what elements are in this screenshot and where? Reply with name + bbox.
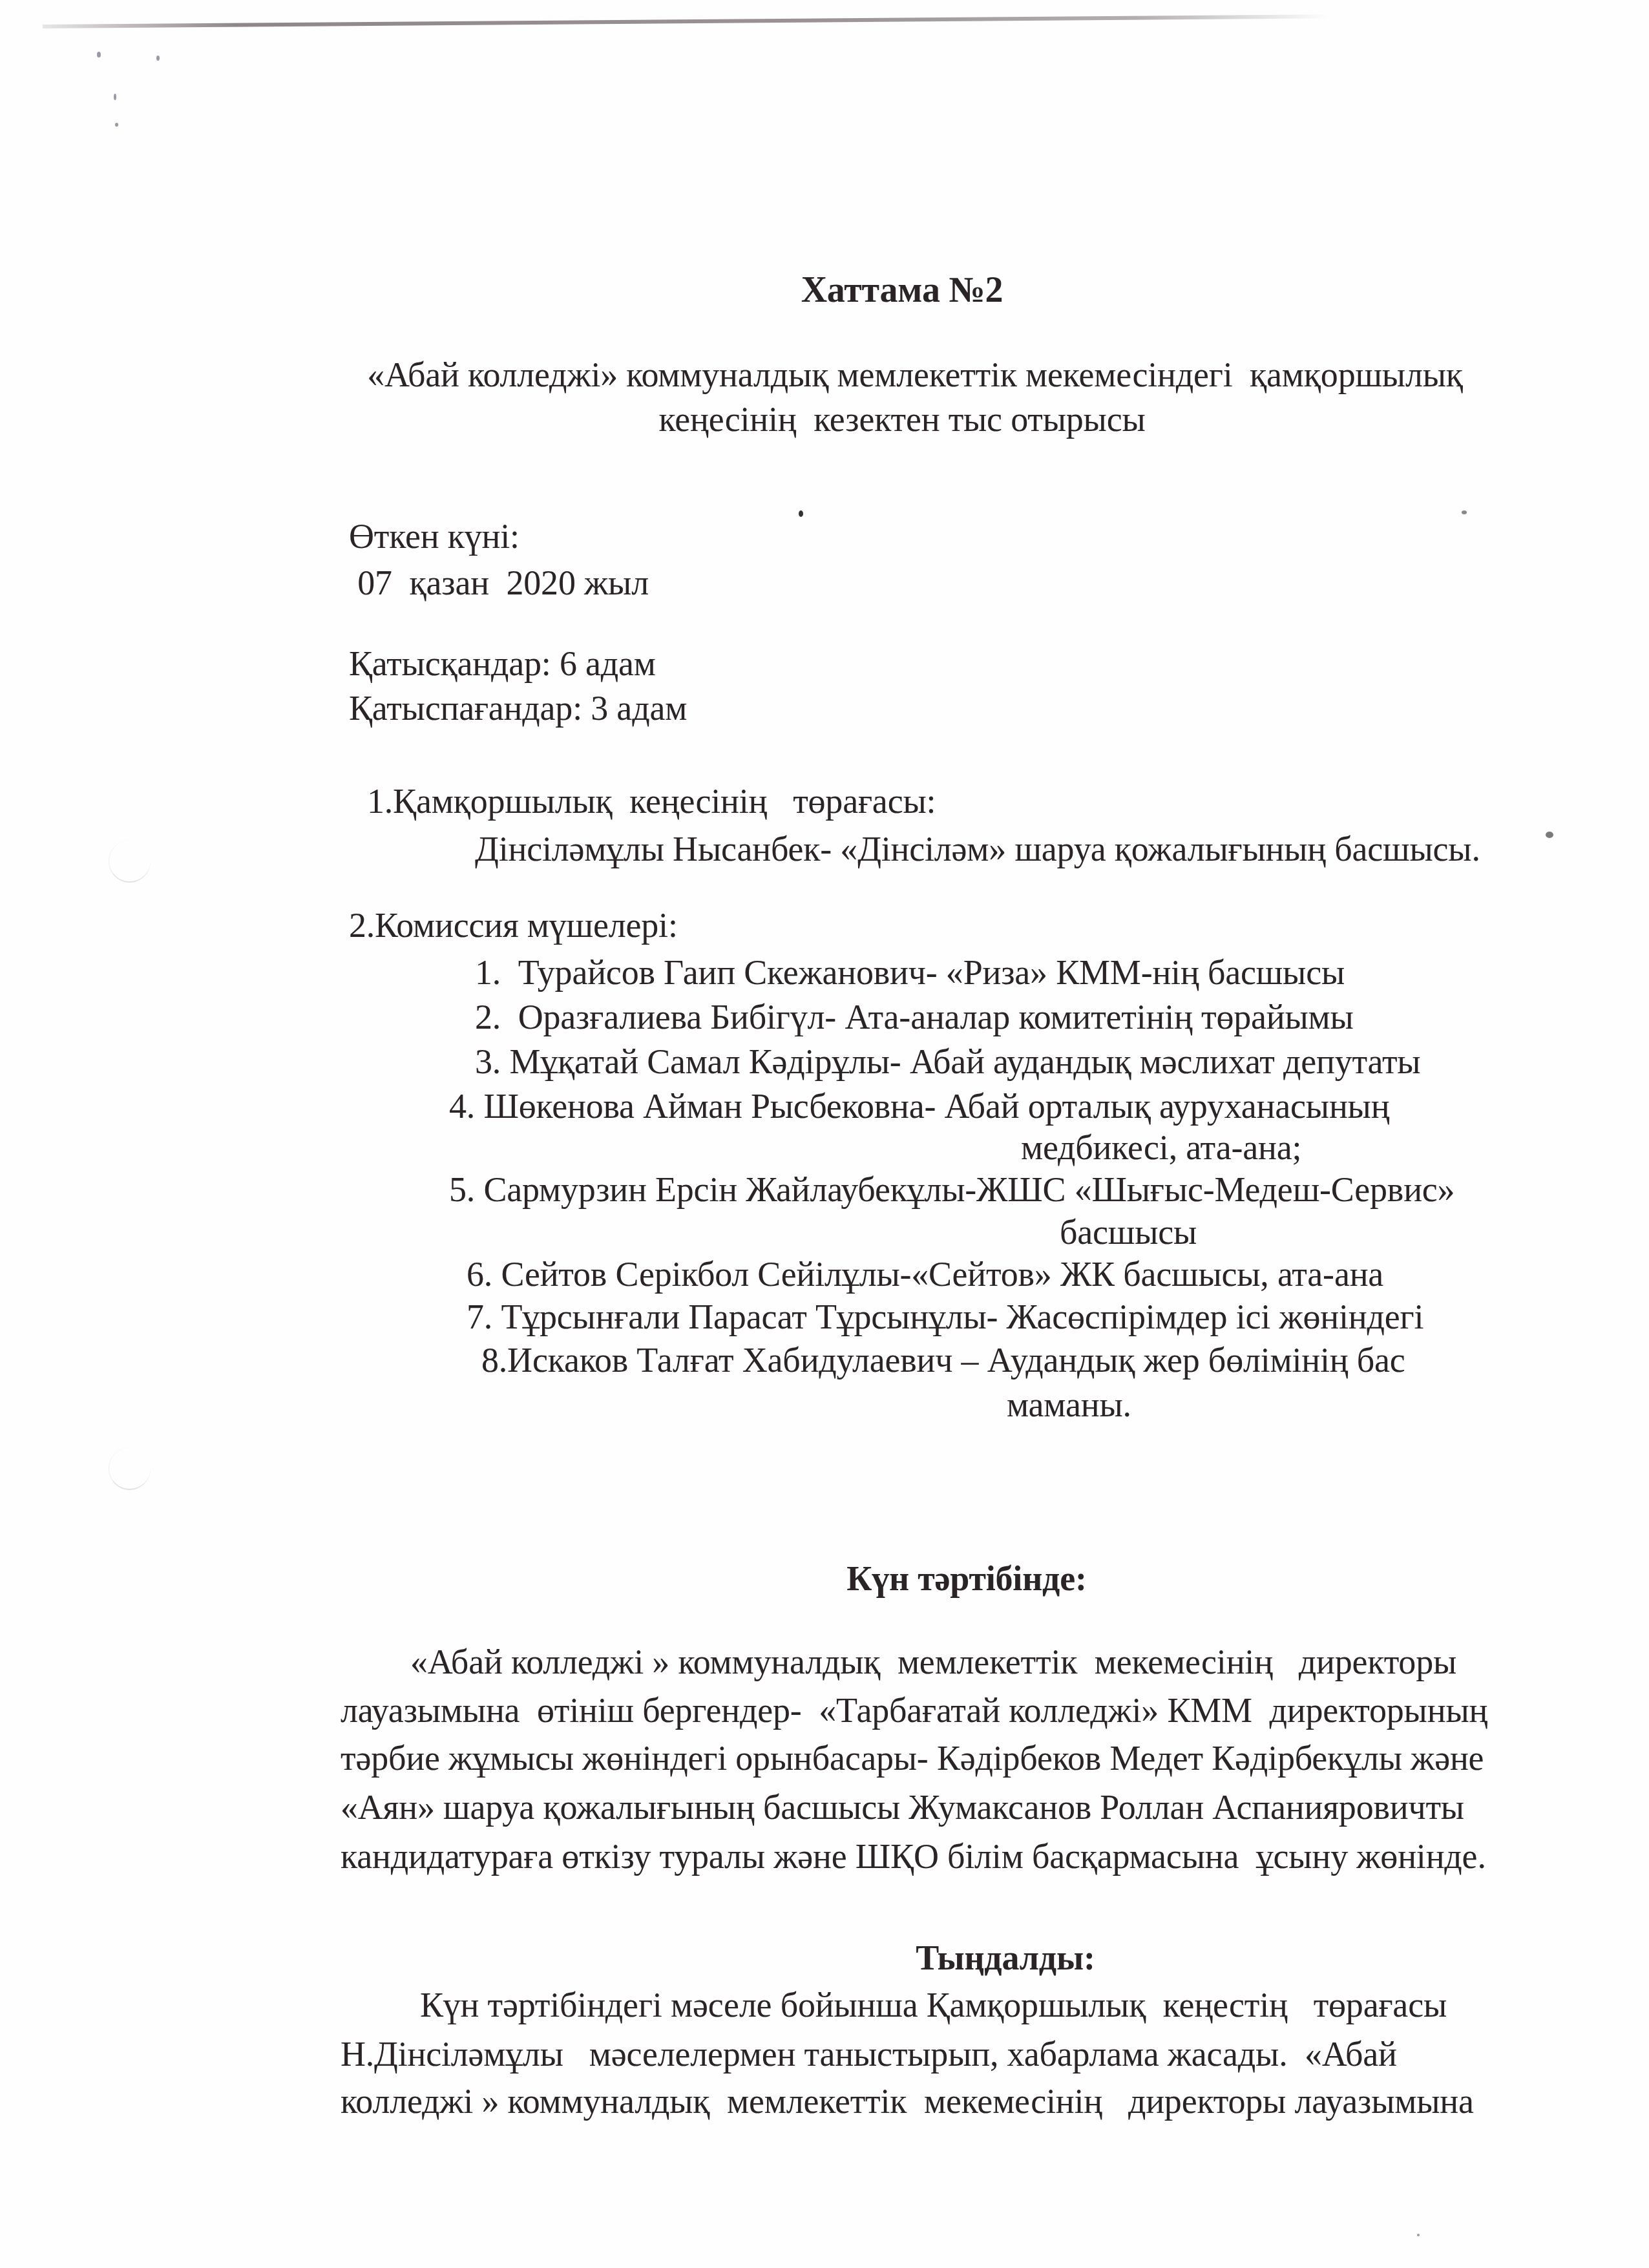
chairman-name: Дінсіләмұлы Нысанбек- «Дінсіләм» шаруа қ… [475, 832, 1480, 866]
heard-line: Н.Дінсіләмұлы мәселелермен таныстырып, х… [341, 2037, 1397, 2072]
scan-speck [1417, 2234, 1420, 2236]
agenda-line: «Абай колледжі » коммуналдық мемлекеттік… [410, 1644, 1456, 1679]
scan-speck [97, 52, 101, 58]
punch-hole-mark [109, 840, 151, 883]
commission-member: 6. Сейтов Серікбол Сейілұлы-«Сейтов» ЖК … [467, 1257, 1383, 1292]
date-label: Өткен күні: [349, 519, 520, 554]
scan-speck [115, 123, 118, 127]
commission-member: 4. Шөкенова Айман Рысбековна- Абай ортал… [449, 1089, 1389, 1124]
heard-heading: Тыңдалды: [0, 1940, 1649, 1975]
commission-member-cont: маманы. [1007, 1387, 1131, 1422]
chairman-heading: 1.Қамқоршылық кеңесінің төрағасы: [367, 784, 936, 819]
agenda-line: кандидатураға өткізу туралы және ШҚО біл… [341, 1839, 1486, 1874]
commission-member-cont: медбикесі, ата-ана; [1021, 1130, 1301, 1165]
heard-line: Күн тәртібіндегі мәселе бойынша Қамқоршы… [420, 1988, 1447, 2022]
scan-speck [1462, 510, 1467, 514]
commission-heading: 2.Комиссия мүшелері: [349, 908, 678, 943]
agenda-line: тәрбие жұмысы жөніндегі орынбасары- Кәді… [341, 1741, 1484, 1776]
scan-edge-line [43, 14, 1329, 28]
scan-speck [799, 510, 803, 517]
agenda-heading: Күн тәртібінде: [0, 1561, 1649, 1596]
commission-member: 3. Мұқатай Самал Кәдірұлы- Абай аудандық… [475, 1044, 1420, 1079]
document-title: Хаттама №2 [0, 272, 1649, 308]
commission-member-cont: басшысы [1060, 1215, 1197, 1250]
commission-member: 5. Сармурзин Ерсін Жайлаубекұлы-ЖШС «Шығ… [449, 1172, 1455, 1207]
scan-speck [1546, 832, 1553, 838]
scan-speck [156, 56, 160, 61]
attended-count: Қатысқандар: 6 адам [349, 646, 656, 681]
punch-hole-mark [109, 1447, 151, 1490]
absent-count: Қатыспағандар: 3 адам [349, 691, 687, 726]
scan-speck [114, 94, 116, 100]
subtitle-line-2: кеңесінің кезектен тыс отырысы [0, 402, 1649, 437]
commission-member: 7. Тұрсынғали Парасат Тұрсынұлы- Жасөспі… [467, 1299, 1423, 1334]
subtitle-line-1: «Абай колледжі» коммуналдық мемлекеттік … [0, 357, 1649, 392]
commission-member: 8.Искаков Талғат Хабидулаевич – Аудандық… [481, 1343, 1405, 1378]
agenda-line: лауазымына өтініш бергендер- «Тарбағатай… [341, 1693, 1487, 1728]
commission-member: 2. Оразғалиева Бибігүл- Ата-аналар комит… [475, 1000, 1354, 1034]
heard-line: колледжі » коммуналдық мемлекеттік мекем… [341, 2084, 1474, 2119]
agenda-line: «Аян» шаруа қожалығының басшысы Жумаксан… [341, 1790, 1464, 1825]
date-value: 07 қазан 2020 жыл [349, 565, 649, 600]
commission-member: 1. Турайсов Гаип Скежанович- «Риза» КММ-… [475, 955, 1345, 990]
